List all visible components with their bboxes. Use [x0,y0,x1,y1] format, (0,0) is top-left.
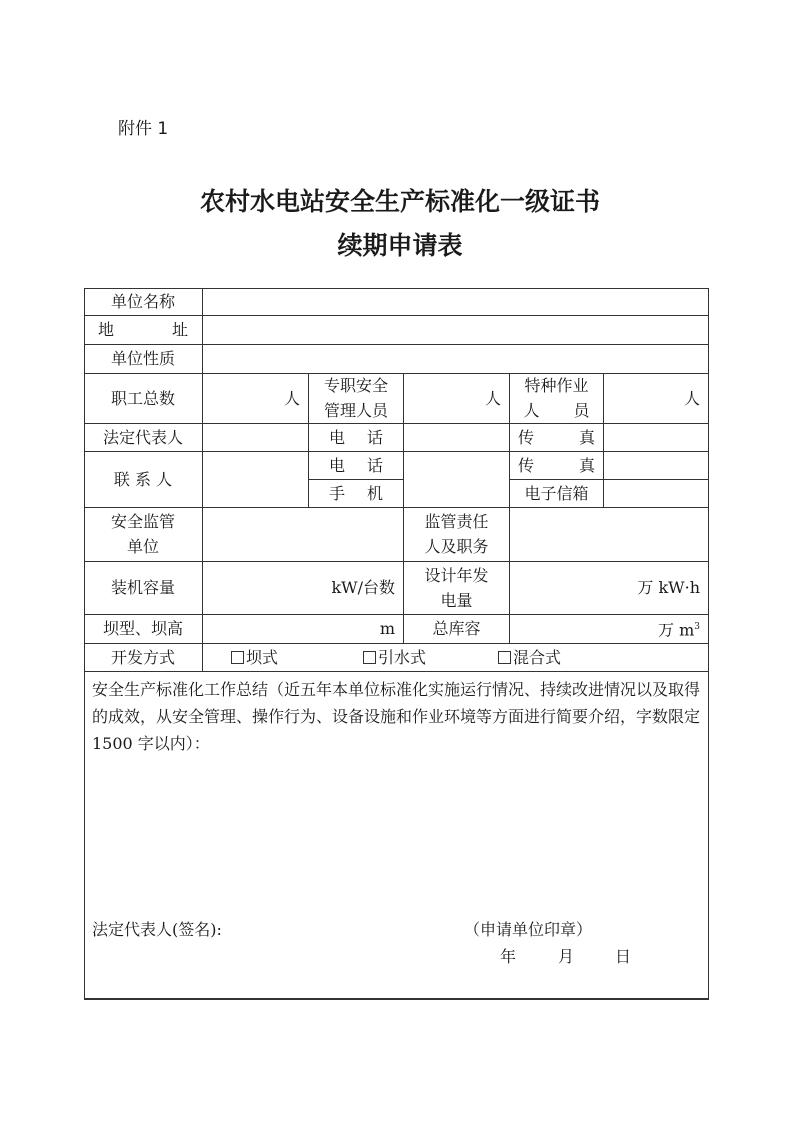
annual-generation-label-line2: 电量 [440,588,472,613]
annual-generation-field[interactable]: 万 kW·h [510,561,708,614]
total-storage-unit: 万 m3 [658,615,700,642]
special-worker-label-line1: 特种作业 [524,373,588,398]
total-staff-field[interactable]: 人 [203,373,308,423]
supervision-unit-field[interactable] [203,507,403,561]
supervision-unit-label-line2: 单位 [127,534,159,559]
special-worker-label-line2b: 员 [573,398,589,423]
fax-label-a: 传 [518,453,534,478]
special-worker-label-line2: 人 员 [524,398,590,423]
contact-mobile-field[interactable] [404,479,509,507]
legal-rep-phone-field[interactable] [404,423,509,451]
development-option-dam-label: 坝式 [246,645,278,670]
checkbox-diversion[interactable] [363,651,376,664]
phone-label-a: 电 [329,453,345,478]
contact-fax-label: 传 真 [510,451,603,479]
dam-type-height-field[interactable]: m [203,614,403,643]
mobile-label-b: 机 [367,481,383,506]
contact-field[interactable] [203,451,308,507]
applicant-seal-label: （申请单位印章） [464,917,592,940]
installed-capacity-unit: kW/台数 [331,575,395,600]
checkbox-dam[interactable] [231,651,244,664]
total-staff-label: 职工总数 [84,373,202,423]
contact-email-label: 电子信箱 [510,479,603,507]
safety-manager-label-line1: 专职安全 [324,373,388,398]
legal-rep-fax-field[interactable] [604,423,708,451]
safety-manager-label-line2: 管理人员 [324,398,388,423]
total-storage-label: 总库容 [404,614,509,643]
title-line-1: 农村水电站安全生产标准化一级证书 [0,182,800,218]
development-option-diversion[interactable]: 引水式 [355,643,485,671]
date-month-label: 月 [558,944,574,967]
dam-type-height-label: 坝型、坝高 [84,614,202,643]
unit-name-label: 单位名称 [84,288,202,315]
special-worker-label: 特种作业 人 员 [510,373,603,423]
supervision-person-label-line1: 监管责任 [424,509,488,534]
annual-generation-label: 设计年发 电量 [404,561,509,614]
safety-manager-label: 专职安全 管理人员 [309,373,403,423]
attachment-label: 附件 1 [118,114,168,139]
unit-nature-label: 单位性质 [84,344,202,373]
development-option-diversion-label: 引水式 [378,645,426,670]
legal-rep-phone-label: 电 话 [309,423,403,451]
unit-name-field[interactable] [203,288,708,315]
special-worker-unit: 人 [684,386,700,411]
development-option-mixed[interactable]: 混合式 [490,643,620,671]
supervision-person-label-line2: 人及职务 [424,534,488,559]
date-year-label: 年 [500,944,516,967]
address-label-b: 址 [172,317,188,342]
total-storage-field[interactable]: 万 m3 [510,614,708,643]
title-line-2: 续期申请表 [0,226,800,262]
contact-phone-label: 电 话 [309,451,403,479]
address-label: 地 址 [84,315,202,344]
contact-phone-field[interactable] [404,451,509,479]
installed-capacity-label: 装机容量 [84,561,202,614]
mobile-label-a: 手 [329,481,345,506]
legal-rep-signature-label: 法定代表人(签名): [92,917,222,940]
storage-unit-superscript: 3 [694,622,700,632]
legal-rep-field[interactable] [203,423,308,451]
special-worker-field[interactable]: 人 [604,373,708,423]
supervision-person-field[interactable] [510,507,708,561]
work-summary-instructions: 安全生产标准化工作总结（近五年本单位标准化实施运行情况、持续改进情况以及取得的成… [92,676,702,757]
legal-rep-label: 法定代表人 [84,423,202,451]
legal-rep-fax-label: 传 真 [510,423,603,451]
development-method-label: 开发方式 [84,643,202,671]
contact-label: 联 系 人 [84,451,202,507]
total-staff-unit: 人 [284,386,300,411]
phone-label-a: 电 [329,425,345,450]
development-option-dam[interactable]: 坝式 [203,643,333,671]
special-worker-label-line2a: 人 [524,398,540,423]
phone-label-b: 话 [367,453,383,478]
contact-email-field[interactable] [604,479,708,507]
annual-generation-label-line1: 设计年发 [424,563,488,588]
address-label-a: 地 [98,317,114,342]
legal-rep-signature-field[interactable] [260,912,440,940]
address-field[interactable] [203,315,708,344]
checkbox-mixed[interactable] [498,651,511,664]
fax-label-b: 真 [579,453,595,478]
fax-label-a: 传 [518,425,534,450]
work-summary-field[interactable] [86,760,706,900]
supervision-unit-label: 安全监管 单位 [84,507,202,561]
supervision-person-label: 监管责任 人及职务 [404,507,509,561]
date-day-label: 日 [615,944,631,967]
safety-manager-unit: 人 [485,386,501,411]
table-border-bottom [84,998,709,1000]
phone-label-b: 话 [367,425,383,450]
table-border-right [708,288,709,998]
row-line [84,671,709,672]
installed-capacity-field[interactable]: kW/台数 [203,561,403,614]
dam-height-unit: m [380,616,395,641]
supervision-unit-label-line1: 安全监管 [111,509,175,534]
unit-nature-field[interactable] [203,344,708,373]
annual-generation-unit: 万 kW·h [637,575,700,600]
contact-mobile-label: 手 机 [309,479,403,507]
safety-manager-field[interactable]: 人 [404,373,509,423]
contact-fax-field[interactable] [604,451,708,479]
storage-unit-text: 万 m [658,620,694,639]
fax-label-b: 真 [579,425,595,450]
development-option-mixed-label: 混合式 [513,645,561,670]
